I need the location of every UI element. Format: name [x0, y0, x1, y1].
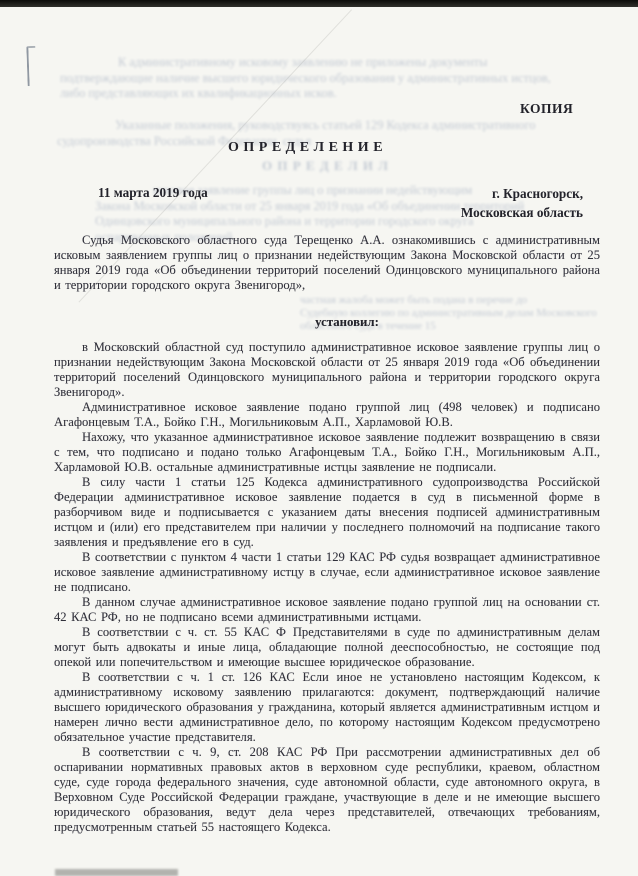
ghost-line: подтверждающие наличие высшего юридическ… [60, 71, 565, 87]
ghost-line: К административному исковому заявлению н… [60, 55, 565, 71]
bleedthrough-title: О П Р Е Д Е Л И Л [262, 158, 389, 174]
document-date: 11 марта 2019 года [98, 185, 208, 201]
copy-stamp: КОПИЯ [520, 101, 573, 117]
ghost-line: либо представляющих их квалификационных … [60, 86, 565, 102]
scan-edge-bar [0, 0, 638, 7]
paragraph: в Московский областной суд поступило адм… [54, 340, 600, 400]
scanned-page: К административному исковому заявлению н… [0, 0, 638, 876]
paragraph: В силу части 1 статьи 125 Кодекса админи… [54, 475, 600, 550]
court-location: г. Красногорск, Московская область [461, 185, 583, 222]
document-body: Судья Московского областного суда Тереще… [54, 233, 600, 835]
paragraph: В соответствии с ч. 1 ст. 126 КАС Если и… [54, 670, 600, 745]
staple-mark [26, 46, 36, 86]
scan-shadow [55, 869, 178, 876]
resolution-heading: установил: [94, 315, 600, 330]
paragraph: Нахожу, что указанное административное и… [54, 430, 600, 475]
paragraph: В данном случае административное исковое… [54, 595, 600, 625]
paragraph: В соответствии с ч. ст. 55 КАС Ф Предста… [54, 625, 600, 670]
paragraph: Административное исковое заявление подан… [54, 400, 600, 430]
court-location-city: г. Красногорск, [461, 185, 583, 204]
court-location-region: Московская область [461, 204, 583, 223]
paragraph: В соответствии с пунктом 4 части 1 стать… [54, 550, 600, 595]
paragraph: В соответствии с ч. 9, ст. 208 КАС РФ Пр… [54, 745, 600, 835]
bleedthrough-text-top: К административному исковому заявлению н… [60, 55, 565, 102]
intro-paragraph: Судья Московского областного суда Тереще… [54, 233, 600, 293]
document-title: О П Р Е Д Е Л Е Н И Е [228, 140, 383, 156]
ghost-line: Указанные положения, руководствуясь стат… [57, 118, 562, 134]
